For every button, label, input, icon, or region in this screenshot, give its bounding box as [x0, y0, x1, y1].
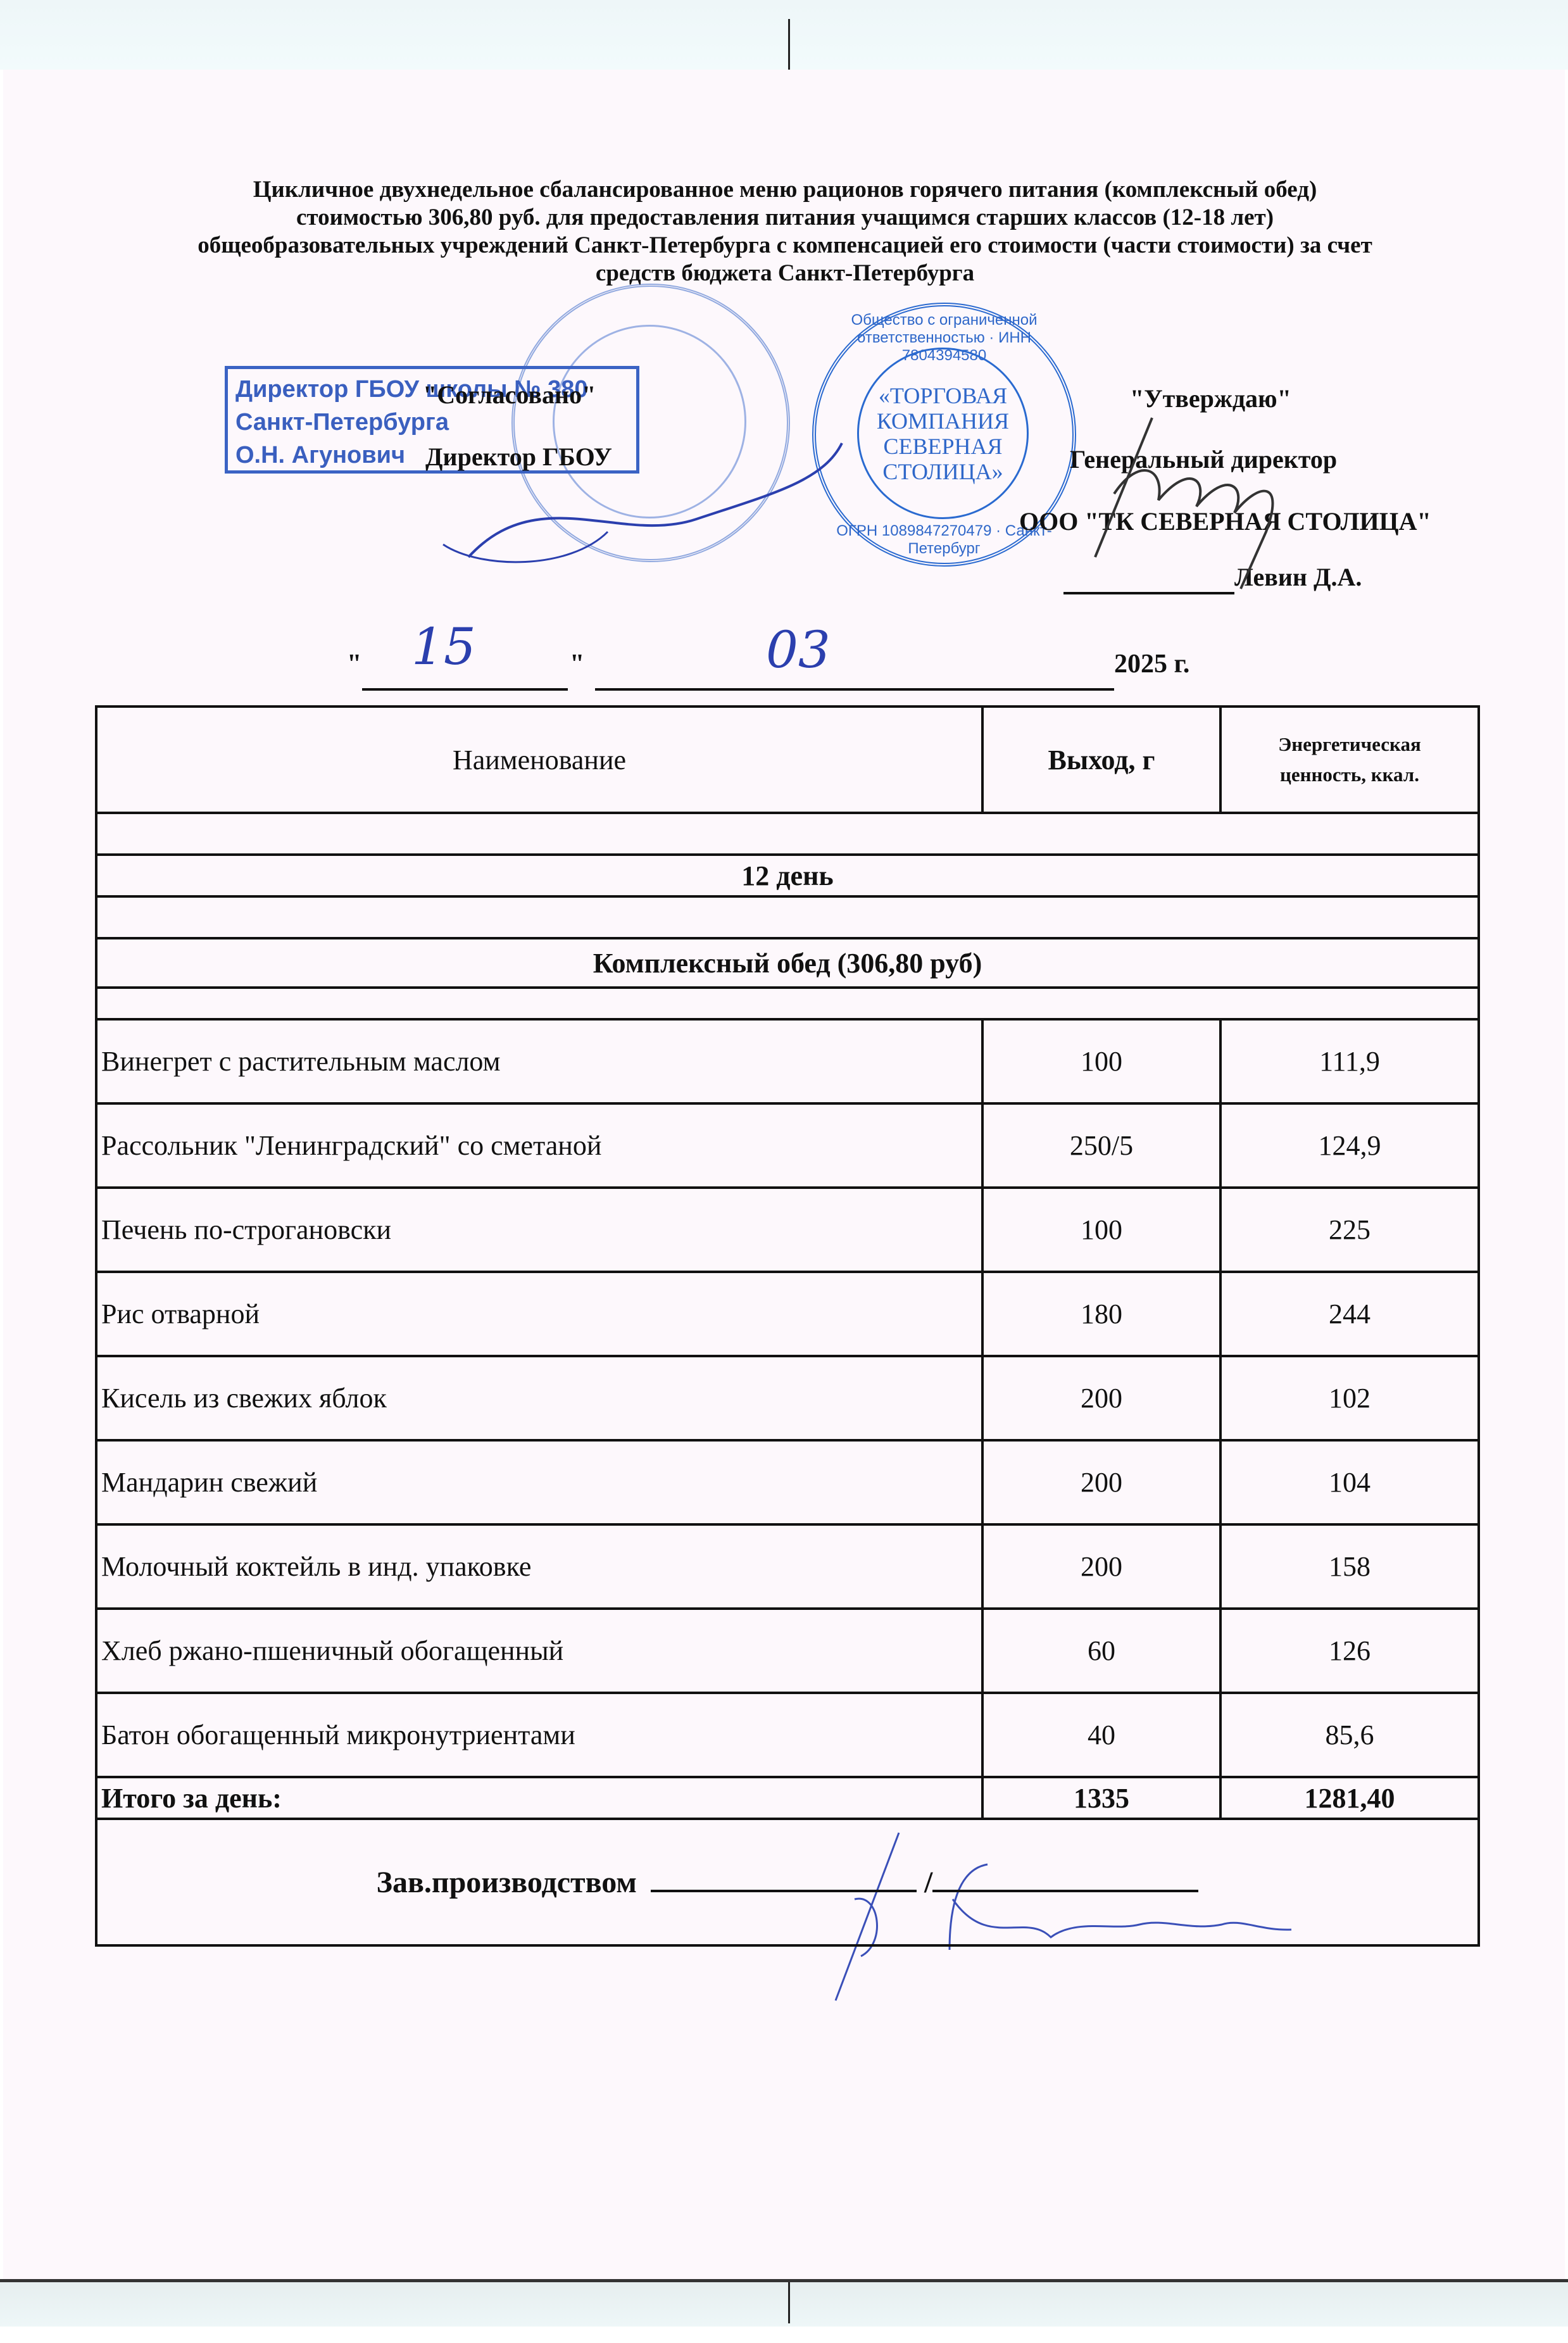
dish-energy: 126 — [1220, 1609, 1479, 1693]
date-day-handwritten: 15 — [411, 617, 476, 676]
total-label: Итого за день: — [96, 1777, 982, 1819]
table-row: Молочный коктейль в инд. упаковке 200 15… — [96, 1524, 1479, 1609]
dish-yield: 200 — [982, 1440, 1220, 1524]
table-row: Рассольник "Ленинградский" со сметаной 2… — [96, 1103, 1479, 1188]
date-quote-close: " — [570, 649, 584, 679]
date-quote-open: " — [347, 649, 361, 679]
day-label: 12 день — [96, 855, 1479, 896]
dish-name: Молочный коктейль в инд. упаковке — [96, 1524, 982, 1609]
signature-line — [651, 1890, 917, 1892]
dish-name: Кисель из свежих яблок — [96, 1356, 982, 1440]
table-spacer-row — [96, 896, 1479, 938]
dish-energy: 104 — [1220, 1440, 1479, 1524]
header-energy-line: Энергетическая — [1222, 729, 1477, 760]
date-year: 2025 г. — [1114, 649, 1189, 679]
dish-name: Мандарин свежий — [96, 1440, 982, 1524]
dish-name: Винегрет с растительным маслом — [96, 1019, 982, 1103]
signature-separator: / — [924, 1866, 932, 1899]
table-spacer-row — [96, 813, 1479, 855]
header-energy: Энергетическая ценность, ккал. — [1220, 707, 1479, 813]
dish-energy: 111,9 — [1220, 1019, 1479, 1103]
dish-energy: 124,9 — [1220, 1103, 1479, 1188]
dish-yield: 40 — [982, 1693, 1220, 1777]
total-energy: 1281,40 — [1220, 1777, 1479, 1819]
date-month-line — [595, 688, 1114, 691]
dish-yield: 250/5 — [982, 1103, 1220, 1188]
table-section-row: Комплексный обед (306,80 руб) — [96, 938, 1479, 988]
table-row: Мандарин свежий 200 104 — [96, 1440, 1479, 1524]
date-day-line — [362, 688, 568, 691]
dish-energy: 244 — [1220, 1272, 1479, 1356]
dish-yield: 180 — [982, 1272, 1220, 1356]
dish-name: Рассольник "Ленинградский" со сметаной — [96, 1103, 982, 1188]
table-row: Батон обогащенный микронутриентами 40 85… — [96, 1693, 1479, 1777]
total-yield: 1335 — [982, 1777, 1220, 1819]
menu-table: Наименование Выход, г Энергетическая цен… — [95, 705, 1480, 1947]
dish-yield: 60 — [982, 1609, 1220, 1693]
dish-energy: 102 — [1220, 1356, 1479, 1440]
table-header-row: Наименование Выход, г Энергетическая цен… — [96, 707, 1479, 813]
dish-energy: 85,6 — [1220, 1693, 1479, 1777]
table-row: Кисель из свежих яблок 200 102 — [96, 1356, 1479, 1440]
dish-name: Рис отварной — [96, 1272, 982, 1356]
production-manager-label: Зав.производством — [377, 1866, 637, 1899]
table-row: Рис отварной 180 244 — [96, 1272, 1479, 1356]
table-day-row: 12 день — [96, 855, 1479, 896]
table-row: Винегрет с растительным маслом 100 111,9 — [96, 1019, 1479, 1103]
production-manager-signature: Зав.производством / — [97, 1865, 1477, 1900]
dish-name: Печень по-строгановски — [96, 1188, 982, 1272]
table-row: Хлеб ржано-пшеничный обогащенный 60 126 — [96, 1609, 1479, 1693]
header-energy-line: ценность, ккал. — [1222, 760, 1477, 790]
dish-yield: 200 — [982, 1356, 1220, 1440]
table-row: Печень по-строгановски 100 225 — [96, 1188, 1479, 1272]
date-month-handwritten: 03 — [766, 620, 831, 679]
section-label: Комплексный обед (306,80 руб) — [96, 938, 1479, 988]
table-spacer-row — [96, 988, 1479, 1019]
dish-yield: 100 — [982, 1019, 1220, 1103]
dish-name: Хлеб ржано-пшеничный обогащенный — [96, 1609, 982, 1693]
dish-energy: 225 — [1220, 1188, 1479, 1272]
dish-yield: 100 — [982, 1188, 1220, 1272]
header-name: Наименование — [96, 707, 982, 813]
name-line — [932, 1890, 1198, 1892]
dish-energy: 158 — [1220, 1524, 1479, 1609]
table-signature-row: Зав.производством / — [96, 1819, 1479, 1945]
dish-name: Батон обогащенный микронутриентами — [96, 1693, 982, 1777]
header-yield: Выход, г — [982, 707, 1220, 813]
dish-yield: 200 — [982, 1524, 1220, 1609]
table-total-row: Итого за день: 1335 1281,40 — [96, 1777, 1479, 1819]
